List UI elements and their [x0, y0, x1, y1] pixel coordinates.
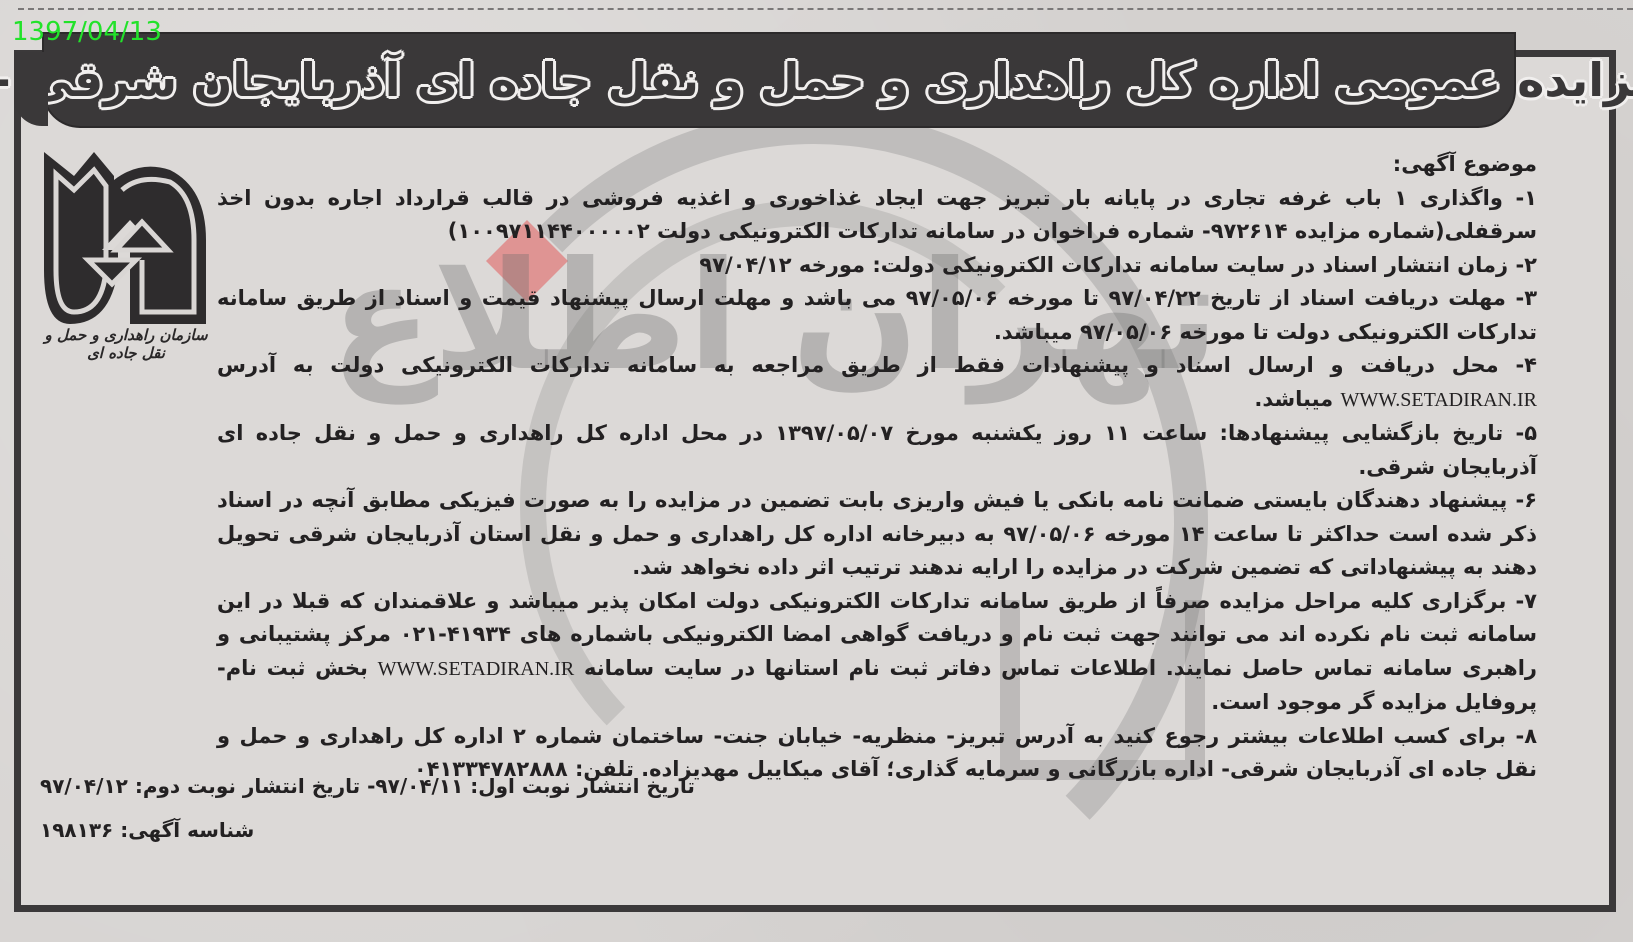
ad-item-1: ۱- واگذاری ۱ باب غرفه تجاری در پایانه با… — [217, 182, 1537, 249]
ad-item-3: ۳- مهلت دریافت اسناد از تاریخ ۹۷/۰۴/۲۲ ت… — [217, 282, 1537, 349]
banner-tab-decoration — [14, 52, 48, 126]
ad-body: موضوع آگهی: ۱- واگذاری ۱ باب غرفه تجاری … — [217, 148, 1537, 787]
ad-item-6: ۶- پیشنهاد دهندگان بایستی ضمانت نامه بان… — [217, 484, 1537, 585]
publication-dates: تاریخ انتشار نوبت اول: ۹۷/۰۴/۱۱- تاریخ ا… — [40, 774, 695, 798]
subject-label: موضوع آگهی: — [217, 148, 1537, 182]
ad-item-4: ۴- محل دریافت و ارسال اسناد و پیشنهادات … — [217, 349, 1537, 417]
setadiran-link[interactable]: WWW.SETADIRAN.IR — [378, 658, 575, 680]
logo-caption: سازمان راهداری و حمل و نقل جاده ای — [36, 326, 216, 362]
ad-item-5: ۵- تاریخ بازگشایی پیشنهادها: ساعت ۱۱ روز… — [217, 417, 1537, 484]
ad-id: شناسه آگهی: ۱۹۸۱۳۶ — [40, 818, 254, 842]
ad-item-7: ۷- برگزاری کلیه مراحل مزایده صرفاً از طر… — [217, 585, 1537, 720]
road-maintenance-org-logo-icon — [30, 140, 216, 326]
ad-item-2: ۲- زمان انتشار اسناد در سایت سامانه تدار… — [217, 249, 1537, 283]
org-logo — [30, 140, 216, 326]
setadiran-link[interactable]: WWW.SETADIRAN.IR — [1340, 389, 1537, 411]
ad-title: آگهی مزایده عمومی اداره کل راهداری و حمل… — [0, 53, 1633, 107]
date-stamp: 1397/04/13 — [12, 18, 162, 46]
title-banner: آگهی مزایده عمومی اداره کل راهداری و حمل… — [44, 34, 1514, 126]
dashed-cut-line — [18, 8, 1633, 10]
